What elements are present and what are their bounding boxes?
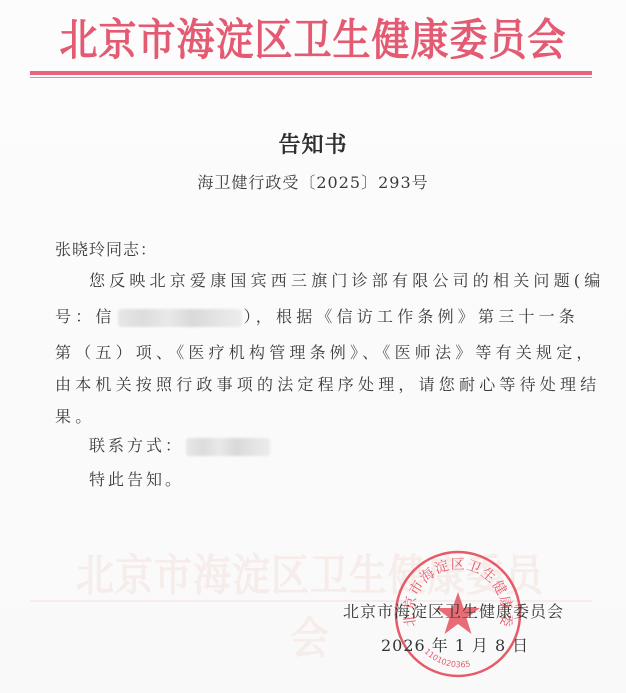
date-year: 2026 (381, 636, 426, 655)
redacted-contact (186, 438, 270, 456)
body-line-4: 由本机关按照行政事项的法定程序处理，请您耐心等待处理结 (55, 372, 600, 395)
signing-date: 2026年1月8日 (378, 633, 532, 656)
body-line-5: 果。 (55, 404, 95, 427)
body-line-1: 您反映北京爱康国宾西三旗门诊部有限公司的相关问题(编 (89, 268, 604, 291)
signing-authority: 北京市海淀区卫生健康委员会 (343, 599, 564, 622)
letterhead-divider-thin (30, 77, 592, 78)
contact-label: 联系方式： (89, 436, 184, 455)
document-page: 北京市海淀区卫生健康委员会 告知书 海卫健行政受〔2025〕293号 张晓玲同志… (0, 0, 626, 693)
body-line-3: 第（五）项、《医疗机构管理条例》、《医师法》等有关规定， (55, 340, 597, 363)
date-month-unit: 月 (472, 636, 489, 655)
body-line-2: 号：信），根据《信访工作条例》第三十一条 (55, 304, 579, 327)
date-day-unit: 日 (512, 636, 529, 655)
closing-text: 特此告知。 (89, 467, 184, 490)
body-line-2-suffix: ），根据《信访工作条例》第三十一条 (244, 307, 579, 326)
letterhead-divider (30, 71, 592, 75)
date-year-unit: 年 (432, 636, 449, 655)
document-number: 海卫健行政受〔2025〕293号 (0, 170, 626, 193)
salutation: 张晓玲同志： (55, 237, 157, 260)
date-month: 1 (455, 636, 466, 655)
document-title: 告知书 (0, 128, 626, 159)
body-line-2-prefix: 号：信 (55, 307, 116, 326)
date-day: 8 (495, 636, 506, 655)
contact-line: 联系方式： (89, 433, 270, 456)
letterhead-org-name: 北京市海淀区卫生健康委员会 (0, 10, 626, 70)
redacted-case-number (118, 309, 242, 327)
